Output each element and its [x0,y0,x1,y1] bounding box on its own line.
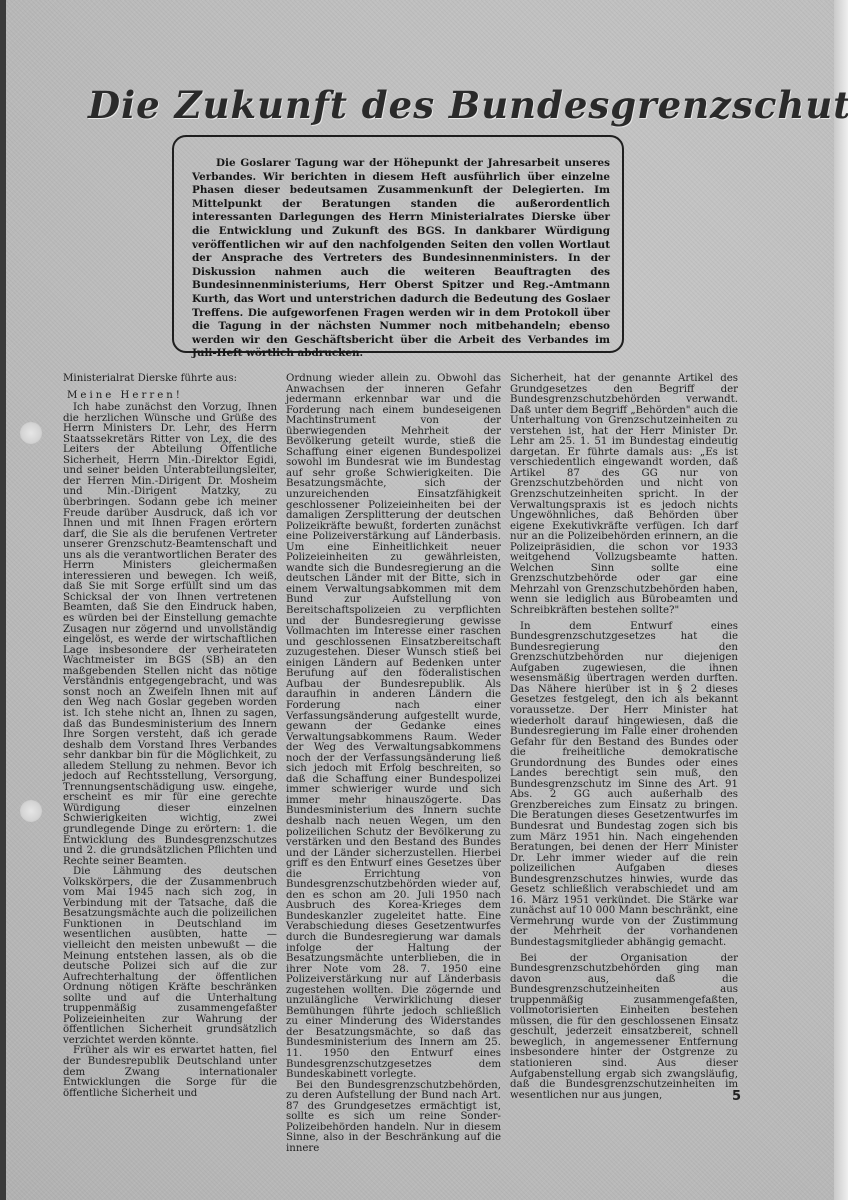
intro-text: Die Goslarer Tagung war der Höhepunkt de… [192,157,610,361]
scan-left-edge [0,0,6,1200]
scanned-page: Die Zukunft des Bundesgrenzschutzes Die … [0,0,848,1200]
column-3: Sicherheit, hat der genannte Artikel des… [510,374,738,1101]
paragraph: Ich habe zunächst den Vorzug, Ihnen die … [63,403,277,867]
article-title: Die Zukunft des Bundesgrenzschutzes [88,83,768,127]
paragraph: Sicherheit, hat der genannte Artikel des… [510,374,738,617]
column-1: Ministerialrat Dierske führte aus: Meine… [63,374,277,1099]
page-number: 5 [732,1089,741,1104]
punch-hole-bottom [20,800,42,822]
salutation: Meine Herren! [63,391,277,402]
paragraph: Bei den Bundesgrenzschutzbehörden, zu de… [286,1081,501,1155]
paragraph: Ordnung wieder allein zu. Obwohl das Anw… [286,374,501,1081]
paragraph: Früher als wir es erwartet hatten, fiel … [63,1046,277,1099]
paragraph: Die Lähmung des deutschen Volkskörpers, … [63,867,277,1046]
intro-box: Die Goslarer Tagung war der Höhepunkt de… [172,135,624,353]
column-2: Ordnung wieder allein zu. Obwohl das Anw… [286,374,501,1154]
paragraph: Bei der Organisation der Bundesgrenzschu… [510,954,738,1102]
byline: Ministerialrat Dierske führte aus: [63,374,277,385]
paragraph: In dem Entwurf eines Bundesgrenzschutzge… [510,622,738,949]
punch-hole-top [20,422,42,444]
scan-right-edge [834,0,848,1200]
